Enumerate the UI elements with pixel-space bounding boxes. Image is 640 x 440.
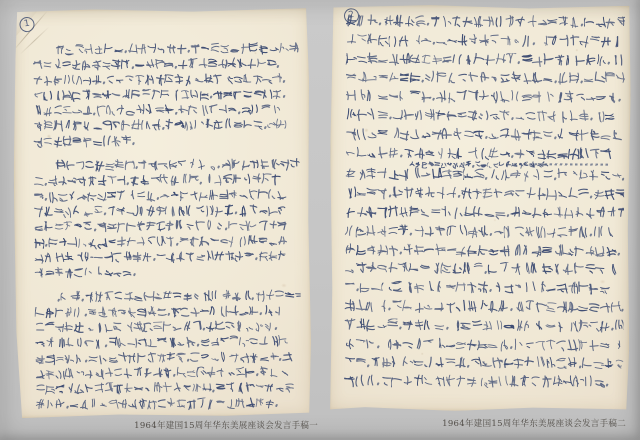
handwriting-segment xyxy=(34,266,136,282)
handwriting-segment xyxy=(345,168,624,188)
handwriting-segment xyxy=(346,71,625,91)
handwriting-segment xyxy=(345,205,624,225)
handwriting-segment xyxy=(346,14,625,34)
manuscript-content xyxy=(329,4,631,412)
handwriting-segment xyxy=(346,33,622,53)
manuscript-line xyxy=(34,250,300,267)
handwriting-segment xyxy=(344,299,623,319)
manuscript-line xyxy=(345,127,624,147)
manuscript-page-right: 2 xyxy=(329,4,631,412)
underlined-phrase xyxy=(127,351,186,367)
handwriting-segment xyxy=(33,135,135,151)
handwriting-segment xyxy=(345,280,611,300)
manuscript-line xyxy=(346,71,625,91)
manuscript-line xyxy=(345,224,624,244)
handwriting-segment xyxy=(345,243,621,263)
manuscript-line xyxy=(344,299,623,319)
manuscript-line xyxy=(345,280,624,300)
handwriting-segment xyxy=(345,108,615,128)
manuscript-line xyxy=(344,337,623,357)
manuscript-line xyxy=(346,89,625,109)
manuscript-line xyxy=(345,205,624,225)
manuscript-paragraph xyxy=(344,14,625,394)
handwriting-segment xyxy=(345,262,617,282)
underlined-phrase xyxy=(84,321,202,338)
manuscript-paragraph xyxy=(34,158,301,282)
caption-right: 1964年建国15周年华东美展座谈会发言手稿二 xyxy=(380,417,626,429)
handwriting-segment xyxy=(346,89,622,109)
handwriting-segment xyxy=(344,337,620,357)
handwriting-segment xyxy=(344,318,623,338)
caption-left: 1964年建国15周年华东美展座谈会发言手稿一 xyxy=(60,419,318,431)
manuscript-line xyxy=(346,14,625,34)
manuscript-line xyxy=(346,52,625,72)
handwriting-segment xyxy=(34,250,287,267)
manuscript-paragraph xyxy=(33,42,300,151)
handwriting-segment xyxy=(33,119,286,136)
handwriting-segment xyxy=(346,52,622,72)
manuscript-line xyxy=(33,118,299,135)
handwriting-segment xyxy=(35,322,84,338)
scan-background: 1 2 1964年建国15周年华东美展座谈会发言手稿一 1964年建国15周年华… xyxy=(0,0,640,440)
handwriting-segment xyxy=(345,186,624,206)
manuscript-line xyxy=(33,134,299,151)
manuscript-line xyxy=(34,265,300,282)
manuscript-content xyxy=(12,8,311,418)
handwriting-segment xyxy=(35,397,278,414)
manuscript-line xyxy=(35,396,301,413)
manuscript-page-left: 1 xyxy=(12,8,311,418)
manuscript-paragraph xyxy=(35,289,302,413)
handwriting-segment xyxy=(344,356,623,376)
handwriting-segment xyxy=(57,290,265,307)
manuscript-line xyxy=(344,318,623,338)
handwriting-segment xyxy=(345,127,621,147)
manuscript-line xyxy=(345,262,624,282)
manuscript-line xyxy=(346,33,625,53)
manuscript-line xyxy=(345,186,624,206)
handwriting-segment xyxy=(344,374,610,394)
handwriting-segment xyxy=(294,289,301,306)
handwriting-segment xyxy=(345,224,615,244)
handwriting-segment xyxy=(35,352,127,368)
manuscript-line xyxy=(345,243,624,263)
manuscript-line xyxy=(345,168,624,188)
manuscript-line xyxy=(344,356,623,376)
manuscript-line xyxy=(345,108,624,128)
manuscript-line xyxy=(344,374,623,394)
